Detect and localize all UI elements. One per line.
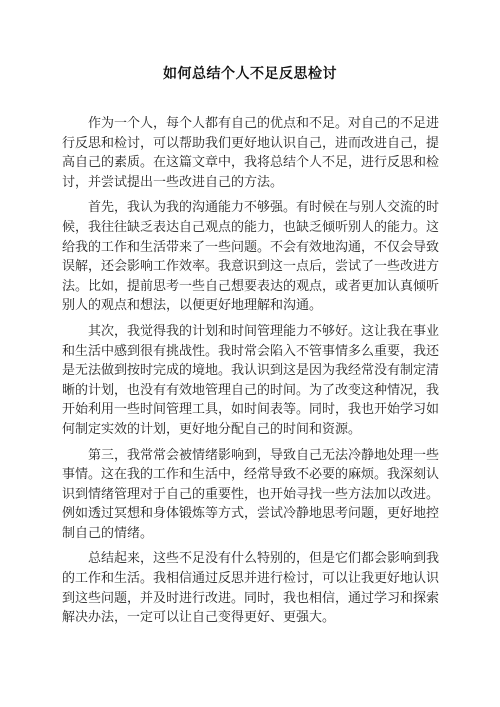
paragraph-conclusion: 总结起来，这些不足没有什么特别的，但是它们都会影响到我的工作和生活。我相信通过反… [62,548,439,626]
paragraph-intro: 作为一个人，每个人都有自己的优点和不足。对自己的不足进行反思和检讨，可以帮助我们… [62,113,439,191]
paragraph-first-point: 首先，我认为我的沟通能力不够强。有时候在与别人交流的时候，我往往缺乏表达自己观点… [62,197,439,315]
document-title: 如何总结个人不足反思检讨 [0,0,500,83]
document-body: 作为一个人，每个人都有自己的优点和不足。对自己的不足进行反思和检讨，可以帮助我们… [0,113,500,627]
paragraph-second-point: 其次，我觉得我的计划和时间管理能力不够好。这让我在事业和生活中感到很有挑战性。我… [62,321,439,439]
document-page: 如何总结个人不足反思检讨 作为一个人，每个人都有自己的优点和不足。对自己的不足进… [0,0,500,707]
paragraph-third-point: 第三，我常常会被情绪影响到，导致自己无法冷静地处理一些事情。这在我的工作和生活中… [62,445,439,543]
